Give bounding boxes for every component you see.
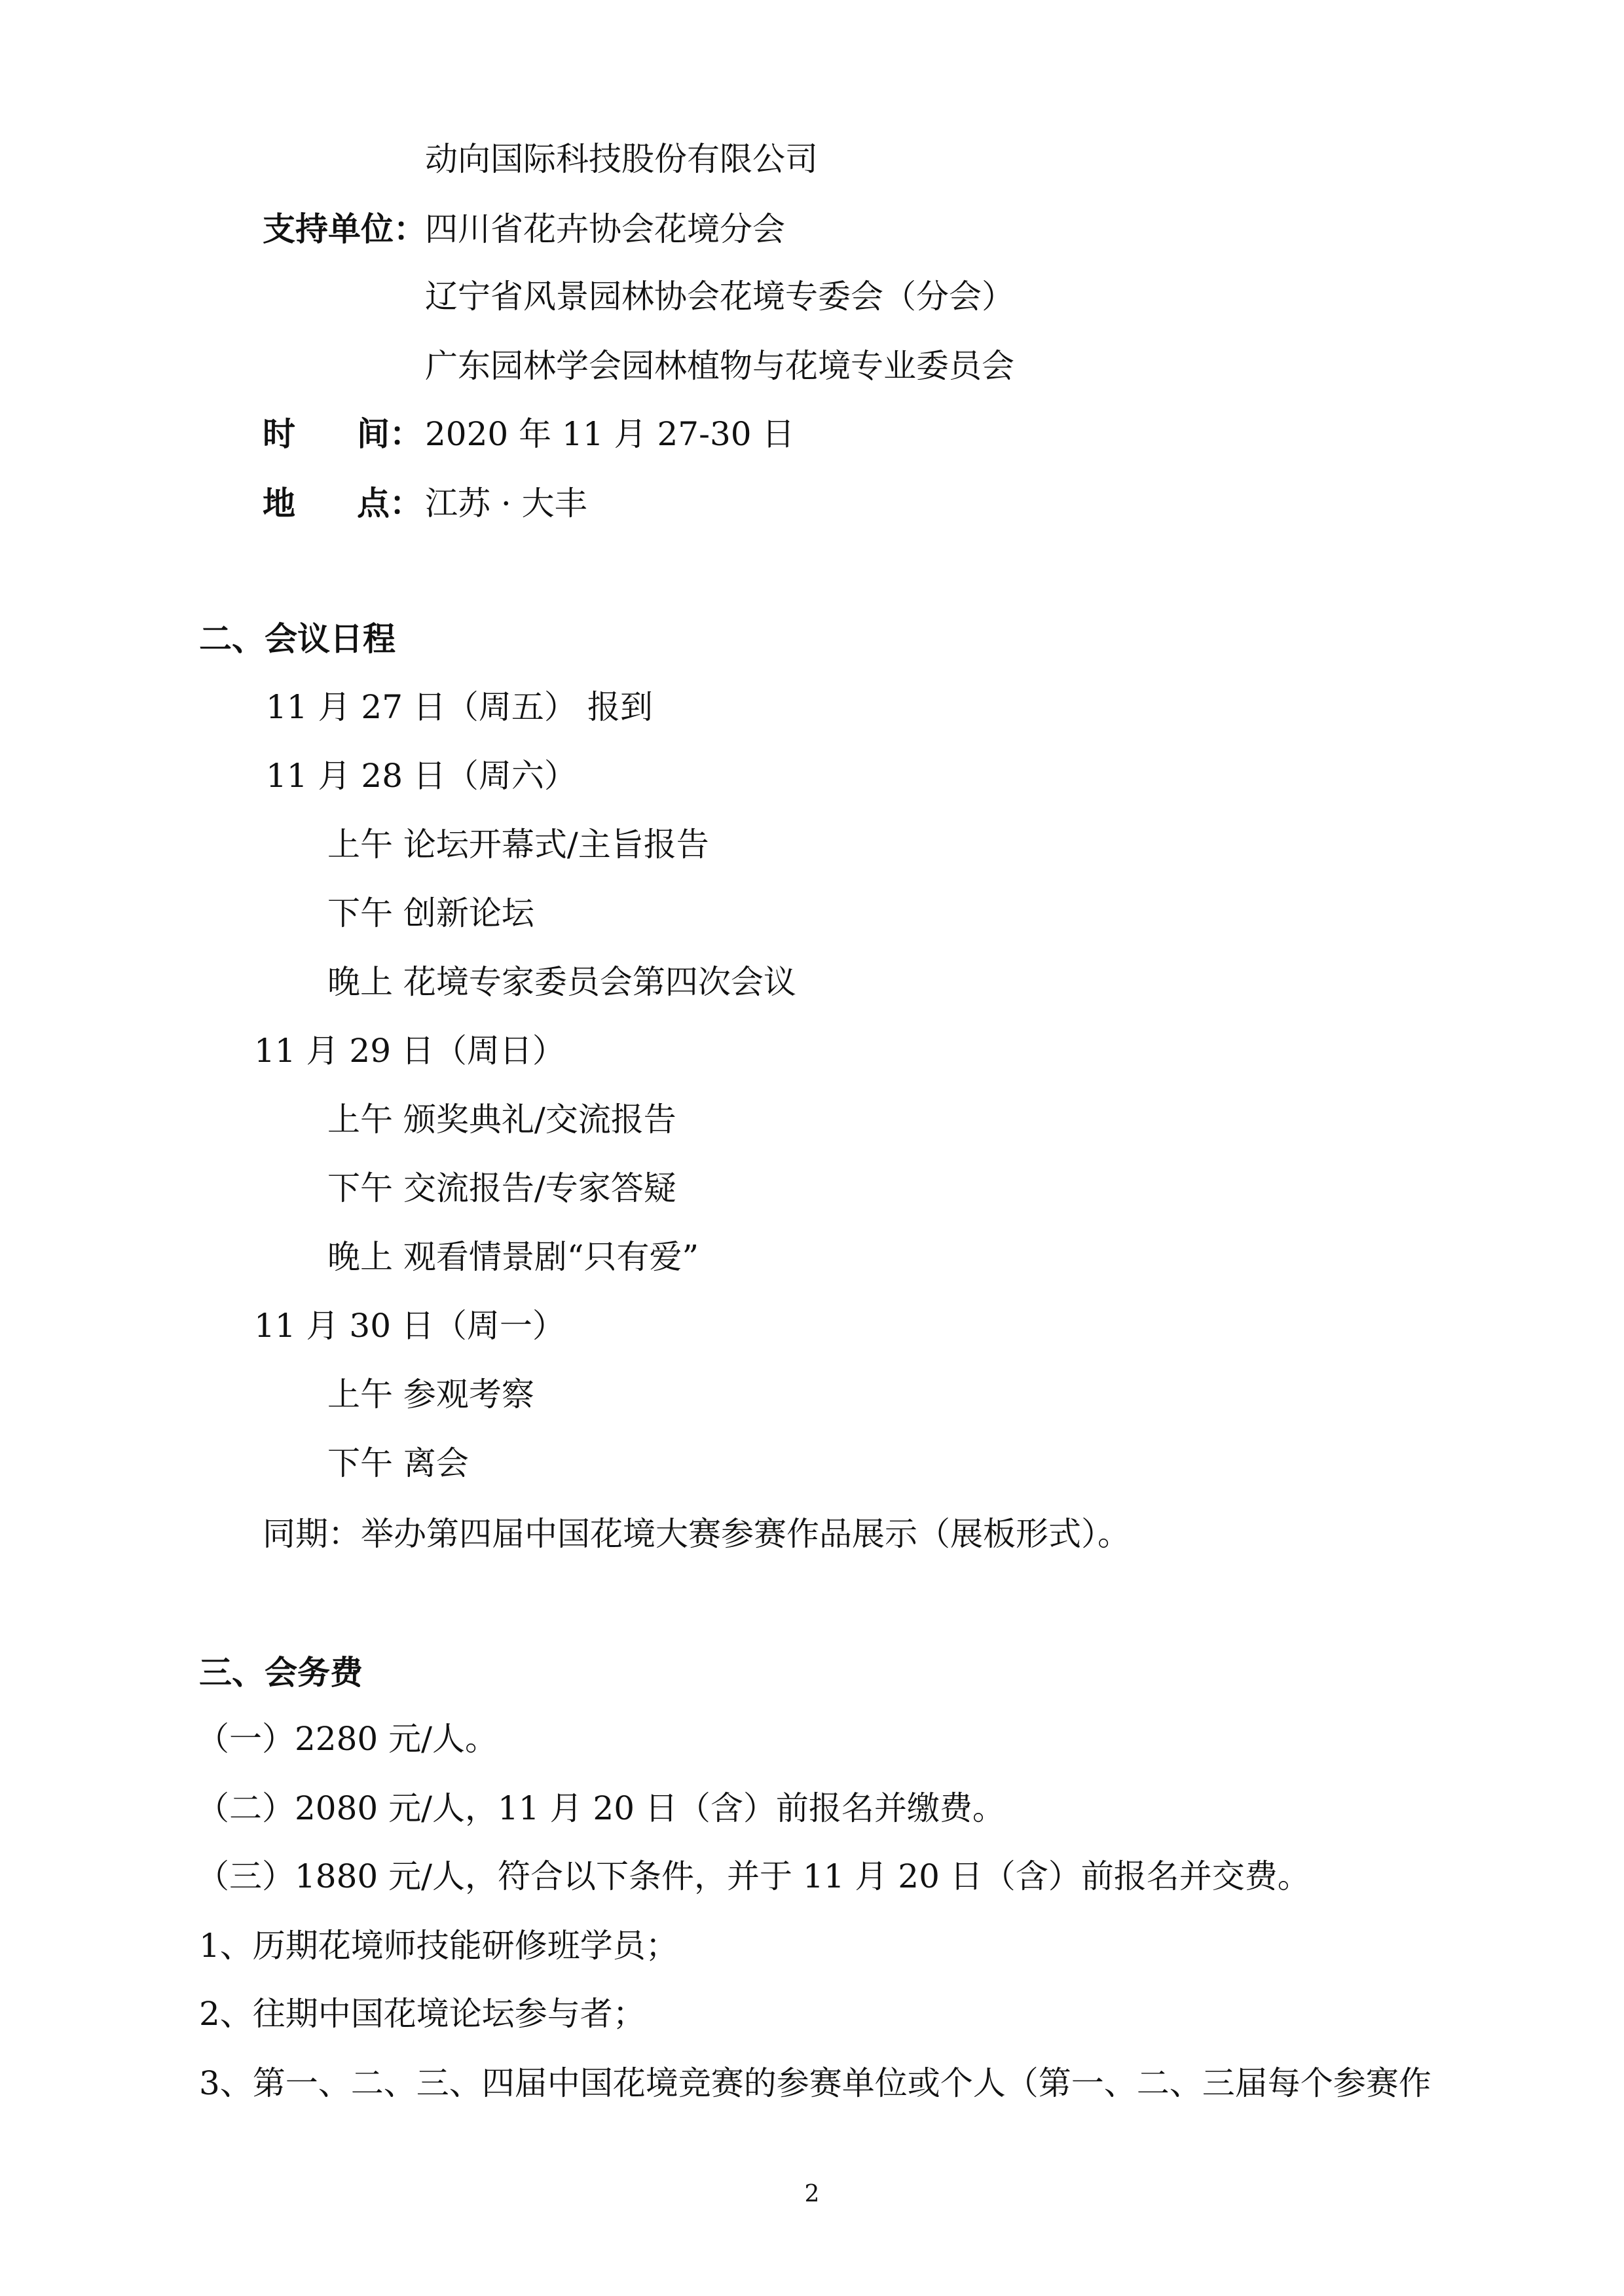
schedule-session: 下午 交流报告/专家答疑 <box>327 1169 676 1208</box>
fee-condition: 2、往期中国花境论坛参与者； <box>199 1994 646 2033</box>
fee-item: （一）2280 元/人。 <box>196 1719 498 1758</box>
schedule-session: 晚上 观看情景剧“只有爱” <box>327 1237 699 1277</box>
schedule-day: 11 月 27 日（周五） 报到 <box>266 687 653 727</box>
place-value: 江苏 · 大丰 <box>425 484 587 523</box>
time-label: 时 <box>263 414 295 454</box>
time-label-first: 时 <box>263 415 295 453</box>
schedule-heading: 二、会议日程 <box>199 619 396 659</box>
schedule-day: 11 月 30 日（周一） <box>254 1306 565 1345</box>
support-unit-item: 辽宁省风景园林协会花境专委会（分会） <box>425 277 1014 316</box>
schedule-session: 下午 离会 <box>327 1444 469 1483</box>
fee-item: （二）2080 元/人，11 月 20 日（含）前报名并缴费。 <box>196 1789 1005 1828</box>
time-value: 2020 年 11 月 27-30 日 <box>425 414 794 454</box>
place-label-second: 点： <box>357 484 422 523</box>
fee-condition: 3、第一、二、三、四届中国花境竞赛的参赛单位或个人（第一、二、三届每个参赛作 <box>199 2064 1431 2103</box>
fee-condition: 1、历期花境师技能研修班学员； <box>199 1926 678 1965</box>
schedule-concurrent-note: 同期：举办第四届中国花境大赛参赛作品展示（展板形式）。 <box>263 1514 1130 1554</box>
support-units-label: 支持单位： <box>263 210 426 249</box>
fees-heading: 三、会务费 <box>199 1653 363 1692</box>
schedule-session: 下午 创新论坛 <box>327 894 534 933</box>
schedule-day: 11 月 29 日（周日） <box>254 1031 565 1070</box>
support-unit-item: 四川省花卉协会花境分会 <box>425 210 785 249</box>
place-label-first: 地 <box>263 484 295 522</box>
schedule-session: 上午 参观考察 <box>327 1375 534 1414</box>
fee-item: （三）1880 元/人，符合以下条件，并于 11 月 20 日（含）前报名并交费… <box>196 1857 1310 1896</box>
organizer-continued-line: 动向国际科技股份有限公司 <box>425 139 818 179</box>
schedule-day: 11 月 28 日（周六） <box>266 756 577 795</box>
schedule-session: 上午 颁奖典礼/交流报告 <box>327 1100 676 1139</box>
support-unit-item: 广东园林学会园林植物与花境专业委员会 <box>425 346 1014 386</box>
schedule-session: 上午 论坛开幕式/主旨报告 <box>327 825 709 864</box>
place-label: 地 <box>263 484 295 523</box>
page-number: 2 <box>0 2180 1624 2209</box>
schedule-session: 晚上 花境专家委员会第四次会议 <box>327 962 796 1002</box>
time-label-second: 间： <box>357 414 422 454</box>
